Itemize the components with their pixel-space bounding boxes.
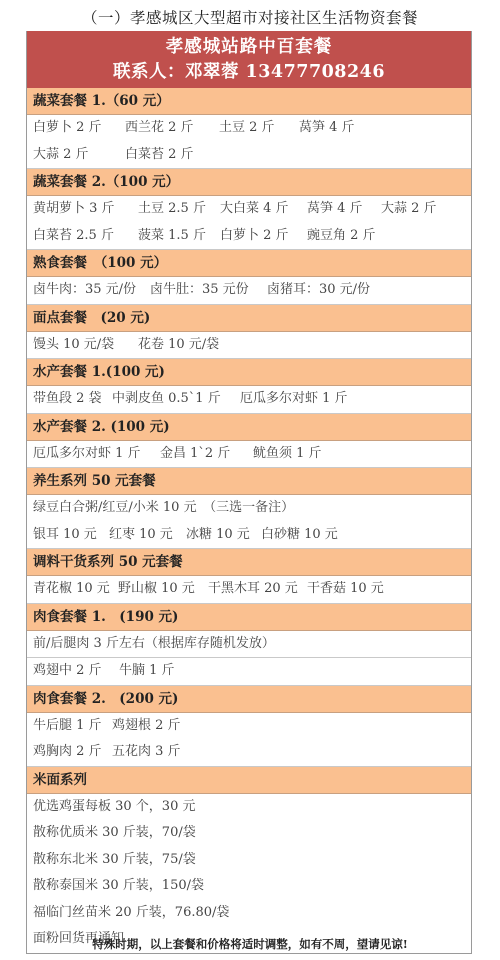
list-item: 花卷 10 元/袋 (138, 332, 219, 359)
list-item: 青花椒 10 元 (33, 576, 110, 603)
list-item: 卤猪耳：30 元/份 (267, 277, 370, 304)
list-item: 散称优质米 30 斤装，70/袋 (33, 820, 196, 847)
section-header: 水产套餐 1.(100 元) (27, 359, 471, 386)
list-item: 菠菜 1.5 斤 (138, 223, 206, 250)
list-item: 卤牛肉：35 元/份 (33, 277, 136, 304)
item-line: 鸡胸肉 2 斤 五花肉 3 斤 (27, 739, 471, 766)
section-body: 黄胡萝卜 3 斤 土豆 2.5 斤 大白菜 4 斤 莴笋 4 斤 大蒜 2 斤 … (27, 196, 471, 250)
list-item: 前/后腿肉 3 斤左右（根据库存随机发放） (33, 631, 275, 658)
list-item: 白菜苔 2.5 斤 (33, 223, 114, 250)
list-item: 带鱼段 2 袋 (33, 386, 102, 413)
list-item: 卤牛肚：35 元份 (150, 277, 249, 304)
list-item: 白菜苔 2 斤 (125, 142, 194, 169)
section-header: 肉食套餐 2. (200 元) (27, 686, 471, 713)
section-header: 米面系列 (27, 767, 471, 794)
list-item: 牛后腿 1 斤 (33, 713, 102, 740)
section-header: 蔬菜套餐 1.（60 元） (27, 88, 471, 115)
list-item: 散称泰国米 30 斤装，150/袋 (33, 873, 204, 900)
section-body: 厄瓜多尔对虾 1 斤 金昌 1`2 斤 鱿鱼须 1 斤 (27, 441, 471, 469)
item-line: 青花椒 10 元 野山椒 10 元 干黑木耳 20 元 干香菇 10 元 (27, 576, 471, 603)
section-body: 卤牛肉：35 元/份 卤牛肚：35 元份 卤猪耳：30 元/份 (27, 277, 471, 305)
item-line: 牛后腿 1 斤 鸡翅根 2 斤 (27, 713, 471, 740)
list-item: 牛腩 1 斤 (119, 658, 175, 685)
list-item: 冰糖 10 元 (186, 522, 250, 549)
list-item: 红枣 10 元 (109, 522, 173, 549)
section-body: 白萝卜 2 斤 西兰花 2 斤 土豆 2 斤 莴笋 4 斤 大蒜 2 斤 白菜苔… (27, 115, 471, 169)
section-body: 青花椒 10 元 野山椒 10 元 干黑木耳 20 元 干香菇 10 元 (27, 576, 471, 604)
list-item: 优选鸡蛋每板 30 个，30 元 (33, 794, 195, 821)
list-item: 散称东北米 30 斤装，75/袋 (33, 847, 196, 874)
list-item: 干香菇 10 元 (307, 576, 384, 603)
item-line: 白萝卜 2 斤 西兰花 2 斤 土豆 2 斤 莴笋 4 斤 (27, 115, 471, 142)
list-item: 白砂糖 10 元 (261, 522, 338, 549)
list-item: 野山椒 10 元 (118, 576, 195, 603)
list-item: 白萝卜 2 斤 (33, 115, 102, 142)
document-title: （一）孝感城区大型超市对接社区生活物资套餐 (0, 6, 500, 28)
footer-notice: 特殊时期，以上套餐和价格将适时调整，如有不周，望请见谅! (0, 936, 500, 952)
list-item: 鸡胸肉 2 斤 (33, 739, 102, 766)
contact-info: 联系人：邓翠蓉 13477708246 (27, 60, 471, 85)
item-line: 带鱼段 2 袋 中剥皮鱼 0.5`1 斤 厄瓜多尔对虾 1 斤 (27, 386, 471, 413)
item-line: 大蒜 2 斤 白菜苔 2 斤 (27, 142, 471, 169)
list-item: 莴笋 4 斤 (299, 115, 355, 142)
list-item: 厄瓜多尔对虾 1 斤 (33, 441, 141, 468)
store-banner: 孝感城站路中百套餐 联系人：邓翠蓉 13477708246 (27, 31, 471, 88)
list-item: 大白菜 4 斤 (220, 196, 289, 223)
section-body: 牛后腿 1 斤 鸡翅根 2 斤 鸡胸肉 2 斤 五花肉 3 斤 (27, 713, 471, 767)
list-item: 土豆 2.5 斤 (138, 196, 206, 223)
list-item: 干黑木耳 20 元 (208, 576, 298, 603)
section-header: 熟食套餐 （100 元） (27, 250, 471, 277)
section-body: 带鱼段 2 袋 中剥皮鱼 0.5`1 斤 厄瓜多尔对虾 1 斤 (27, 386, 471, 414)
list-item: 鸡翅根 2 斤 (112, 713, 181, 740)
list-item: 黄胡萝卜 3 斤 (33, 196, 115, 223)
list-item: 福临门丝苗米 20 斤装，76.80/袋 (33, 900, 229, 927)
list-item: 五花肉 3 斤 (112, 739, 181, 766)
list-item: 厄瓜多尔对虾 1 斤 (240, 386, 348, 413)
store-name: 孝感城站路中百套餐 (27, 35, 471, 60)
list-item: 豌豆角 2 斤 (307, 223, 376, 250)
list-item: 银耳 10 元 (33, 522, 97, 549)
section-header: 面点套餐 (20 元) (27, 305, 471, 332)
section-body: 绿豆白合粥/红豆/小米 10 元 （三选一备注） 银耳 10 元 红枣 10 元… (27, 495, 471, 549)
section-body: 优选鸡蛋每板 30 个，30 元 散称优质米 30 斤装，70/袋 散称东北米 … (27, 794, 471, 953)
item-line: 银耳 10 元 红枣 10 元 冰糖 10 元 白砂糖 10 元 (27, 522, 471, 549)
list-item: 中剥皮鱼 0.5`1 斤 (112, 386, 221, 413)
list-item: 绿豆白合粥/红豆/小米 10 元 （三选一备注） (33, 495, 294, 522)
item-line: 福临门丝苗米 20 斤装，76.80/袋 (27, 900, 471, 927)
list-item: 大蒜 2 斤 (381, 196, 437, 223)
item-line: 散称优质米 30 斤装，70/袋 (27, 820, 471, 847)
list-item: 白萝卜 2 斤 (220, 223, 289, 250)
list-item: 土豆 2 斤 (219, 115, 275, 142)
item-line: 馒头 10 元/袋 花卷 10 元/袋 (27, 332, 471, 359)
section-header: 水产套餐 2. (100 元) (27, 414, 471, 441)
section-body: 馒头 10 元/袋 花卷 10 元/袋 (27, 332, 471, 360)
item-line: 散称泰国米 30 斤装，150/袋 (27, 873, 471, 900)
item-line: 白菜苔 2.5 斤 菠菜 1.5 斤 白萝卜 2 斤 豌豆角 2 斤 (27, 223, 471, 250)
item-line: 卤牛肉：35 元/份 卤牛肚：35 元份 卤猪耳：30 元/份 (27, 277, 471, 304)
item-line: 优选鸡蛋每板 30 个，30 元 (27, 794, 471, 821)
item-line: 鸡翅中 2 斤 牛腩 1 斤 (27, 658, 471, 685)
list-item: 馒头 10 元/袋 (33, 332, 114, 359)
list-item: 鱿鱼须 1 斤 (253, 441, 322, 468)
list-item: 鸡翅中 2 斤 (33, 658, 102, 685)
list-item: 莴笋 4 斤 (307, 196, 363, 223)
item-line: 厄瓜多尔对虾 1 斤 金昌 1`2 斤 鱿鱼须 1 斤 (27, 441, 471, 468)
list-item: 金昌 1`2 斤 (160, 441, 230, 468)
item-line: 前/后腿肉 3 斤左右（根据库存随机发放） (27, 631, 471, 659)
section-body: 前/后腿肉 3 斤左右（根据库存随机发放） 鸡翅中 2 斤 牛腩 1 斤 (27, 631, 471, 686)
list-item: 大蒜 2 斤 (33, 142, 89, 169)
section-header: 养生系列 50 元套餐 (27, 468, 471, 495)
section-header: 调料干货系列 50 元套餐 (27, 549, 471, 576)
section-header: 肉食套餐 1. (190 元) (27, 604, 471, 631)
package-table: 孝感城站路中百套餐 联系人：邓翠蓉 13477708246 蔬菜套餐 1.（60… (26, 31, 472, 954)
section-header: 蔬菜套餐 2.（100 元） (27, 169, 471, 196)
list-item: 西兰花 2 斤 (125, 115, 194, 142)
item-line: 黄胡萝卜 3 斤 土豆 2.5 斤 大白菜 4 斤 莴笋 4 斤 大蒜 2 斤 (27, 196, 471, 223)
item-line: 散称东北米 30 斤装，75/袋 (27, 847, 471, 874)
item-line: 绿豆白合粥/红豆/小米 10 元 （三选一备注） (27, 495, 471, 522)
